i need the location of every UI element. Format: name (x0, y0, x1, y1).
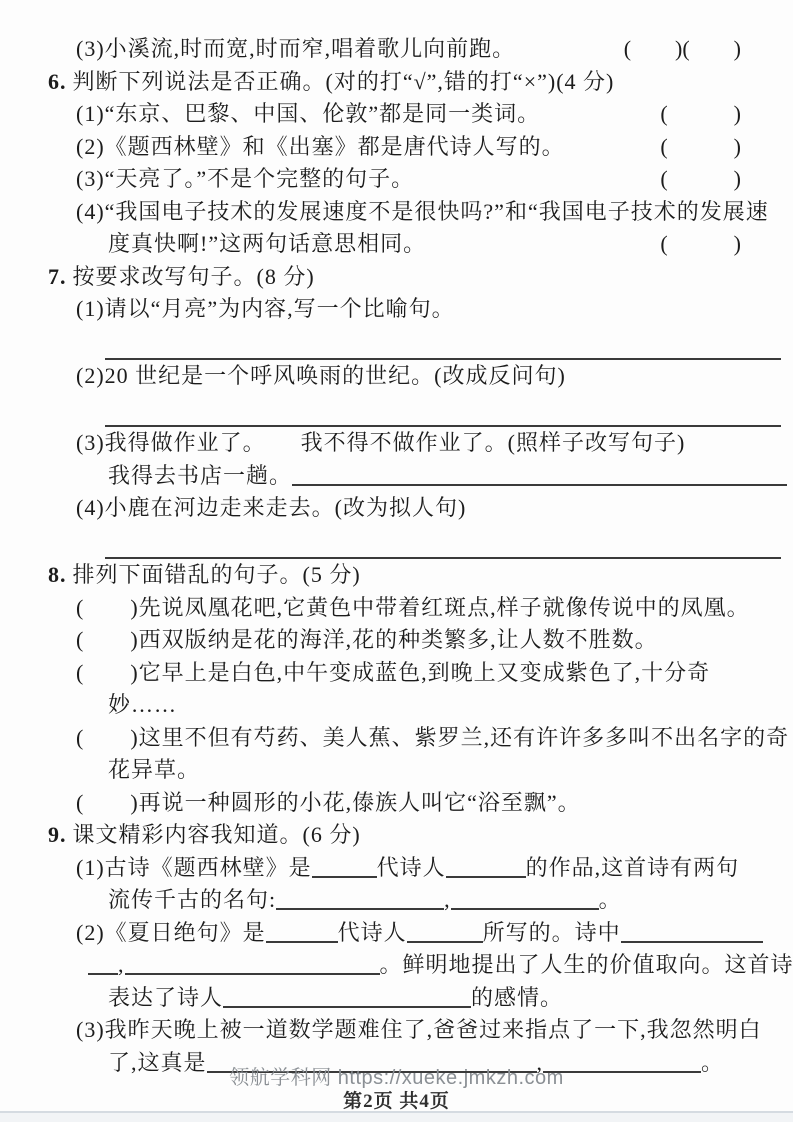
exam-line: 花异草。 (0, 754, 793, 787)
exam-line: ( )西双版纳是花的海洋,花的种类繁多,让人数不胜数。 (0, 624, 793, 657)
text-run: (2)20 世纪是一个呼风唤雨的世纪。(改成反问句) (76, 363, 566, 388)
exam-line: (3)我昨天晚上被一道数学题难住了,爸爸过来指点了一下,我忽然明白 (0, 1014, 793, 1047)
exam-line: 8.排列下面错乱的句子。(5 分) (0, 559, 793, 592)
text-run: (2)《题西林壁》和《出塞》都是唐代诗人写的。 (76, 134, 565, 159)
text-run: 表达了诗人 (108, 985, 223, 1010)
exam-line: ,。鲜明地提出了人生的价值取向。这首诗 (0, 949, 793, 982)
page-footer: 领航学科网 https://xueke.jmkzh.com 第2页 共4页 (0, 1066, 793, 1114)
text-run: 。鲜明地提出了人生的价值取向。这首诗 (380, 952, 793, 977)
text-run: 课文精彩内容我知道。(6 分) (73, 822, 361, 847)
exam-line: (2)《夏日绝句》是代诗人所写的。诗中 (0, 917, 793, 950)
text-run: (3)小溪流,时而宽,时而窄,唱着歌儿向前跑。 (76, 36, 515, 61)
text-run: ( )这里不但有芍药、美人蕉、紫罗兰,还有许许多多叫不出名字的奇 (76, 725, 789, 750)
question-number: 8. (48, 562, 73, 587)
text-run: 花异草。 (108, 757, 200, 782)
text-run: (3)我得做作业了。 我不得不做作业了。(照样子改写句子) (76, 430, 685, 455)
exam-line: 妙…… (0, 689, 793, 722)
text-run: ( )西双版纳是花的海洋,花的种类繁多,让人数不胜数。 (76, 627, 658, 652)
exam-line: ( )先说凤凰花吧,它黄色中带着红斑点,样子就像传说中的凤凰。 (0, 592, 793, 625)
answer-blank[interactable] (621, 921, 763, 943)
text-run: (1)古诗《题西林壁》是 (76, 855, 312, 880)
text-run: (1)“东京、巴黎、中国、伦敦”都是同一类词。 (76, 101, 540, 126)
answer-blank[interactable] (223, 986, 471, 1008)
question-number: 6. (48, 69, 73, 94)
answer-parens[interactable]: ( ) (660, 98, 741, 131)
answer-parens[interactable]: ( ) (660, 131, 741, 164)
text-run: (3)我昨天晚上被一道数学题难住了,爸爸过来指点了一下,我忽然明白 (76, 1017, 762, 1042)
text-run: (1)请以“月亮”为内容,写一个比喻句。 (76, 296, 455, 321)
answer-blank[interactable] (266, 921, 338, 943)
exam-line: (2)《题西林壁》和《出塞》都是唐代诗人写的。( ) (0, 131, 793, 164)
answer-blank[interactable] (407, 921, 483, 943)
text-run: ( )再说一种圆形的小花,傣族人叫它“浴至飘”。 (76, 790, 581, 815)
text-run: 按要求改写句子。(8 分) (73, 264, 315, 289)
exam-line: ( )再说一种圆形的小花,傣族人叫它“浴至飘”。 (0, 787, 793, 820)
text-run: ( )先说凤凰花吧,它黄色中带着红斑点,样子就像传说中的凤凰。 (76, 595, 750, 620)
exam-line: (3)我得做作业了。 我不得不做作业了。(照样子改写句子) (0, 427, 793, 460)
exam-line: 度真快啊!”这两句话意思相同。( ) (0, 228, 793, 261)
watermark-link[interactable]: 领航学科网 https://xueke.jmkzh.com (0, 1066, 793, 1090)
exam-line: (1)“东京、巴黎、中国、伦敦”都是同一类词。( ) (0, 98, 793, 131)
text-run: (3)“天亮了。”不是个完整的句子。 (76, 166, 414, 191)
answer-parens[interactable]: ( ) (660, 228, 741, 261)
text-run: 代诗人 (377, 855, 446, 880)
exam-line: 流传千古的名句:,。 (0, 884, 793, 917)
answer-blank[interactable] (125, 953, 380, 975)
text-run: (4)“我国电子技术的发展速度不是很快吗?”和“我国电子技术的发展速 (76, 199, 769, 224)
exam-line: (1)古诗《题西林壁》是代诗人的作品,这首诗有两句 (0, 852, 793, 885)
exam-line: 7.按要求改写句子。(8 分) (0, 261, 793, 294)
text-run: 妙…… (108, 692, 177, 717)
text-run: 度真快啊!”这两句话意思相同。 (108, 231, 426, 256)
exam-page: (3)小溪流,时而宽,时而窄,唱着歌儿向前跑。( )( )6.判断下列说法是否正… (0, 0, 793, 1122)
answer-blank[interactable] (446, 856, 526, 878)
exam-line: 我得去书店一趟。 (0, 460, 793, 493)
exam-body: (3)小溪流,时而宽,时而窄,唱着歌儿向前跑。( )( )6.判断下列说法是否正… (0, 0, 793, 1079)
text-run: 的作品,这首诗有两句 (526, 855, 740, 880)
answer-underline[interactable] (105, 393, 781, 428)
text-run: 所写的。诗中 (483, 920, 621, 945)
answer-blank[interactable] (88, 953, 118, 975)
question-number: 7. (48, 264, 73, 289)
exam-line: ( )它早上是白色,中午变成蓝色,到晚上又变成紫色了,十分奇 (0, 657, 793, 690)
text-run: 我得去书店一趟。 (108, 463, 292, 488)
answer-parens[interactable]: ( )( ) (624, 33, 741, 66)
answer-blank[interactable] (292, 464, 787, 486)
question-number: 9. (48, 822, 73, 847)
text-run: (2)《夏日绝句》是 (76, 920, 266, 945)
answer-blank[interactable] (276, 888, 444, 910)
exam-line: 9.课文精彩内容我知道。(6 分) (0, 819, 793, 852)
answer-parens[interactable]: ( ) (660, 163, 741, 196)
text-run: 判断下列说法是否正确。(对的打“√”,错的打“×”)(4 分) (73, 69, 615, 94)
exam-line: (2)20 世纪是一个呼风唤雨的世纪。(改成反问句) (0, 360, 793, 393)
exam-line: (1)请以“月亮”为内容,写一个比喻句。 (0, 293, 793, 326)
exam-line: ( )这里不但有芍药、美人蕉、紫罗兰,还有许许多多叫不出名字的奇 (0, 722, 793, 755)
text-run: 。 (599, 887, 622, 912)
text-run: 排列下面错乱的句子。(5 分) (73, 562, 361, 587)
page-divider (0, 1111, 793, 1122)
text-run: 流传千古的名句: (108, 887, 276, 912)
exam-line: (4)“我国电子技术的发展速度不是很快吗?”和“我国电子技术的发展速 (0, 196, 793, 229)
text-run: (4)小鹿在河边走来走去。(改为拟人句) (76, 495, 466, 520)
text-run: ( )它早上是白色,中午变成蓝色,到晚上又变成紫色了,十分奇 (76, 660, 710, 685)
exam-line: (3)小溪流,时而宽,时而窄,唱着歌儿向前跑。( )( ) (0, 33, 793, 66)
exam-line: (3)“天亮了。”不是个完整的句子。( ) (0, 163, 793, 196)
text-run: 的感情。 (471, 985, 563, 1010)
answer-blank[interactable] (312, 856, 377, 878)
exam-line: 表达了诗人的感情。 (0, 982, 793, 1015)
answer-underline[interactable] (105, 326, 781, 361)
text-run: 代诗人 (338, 920, 407, 945)
answer-underline[interactable] (105, 525, 781, 560)
exam-line: 6.判断下列说法是否正确。(对的打“√”,错的打“×”)(4 分) (0, 66, 793, 99)
answer-blank[interactable] (451, 888, 599, 910)
exam-line: (4)小鹿在河边走来走去。(改为拟人句) (0, 492, 793, 525)
